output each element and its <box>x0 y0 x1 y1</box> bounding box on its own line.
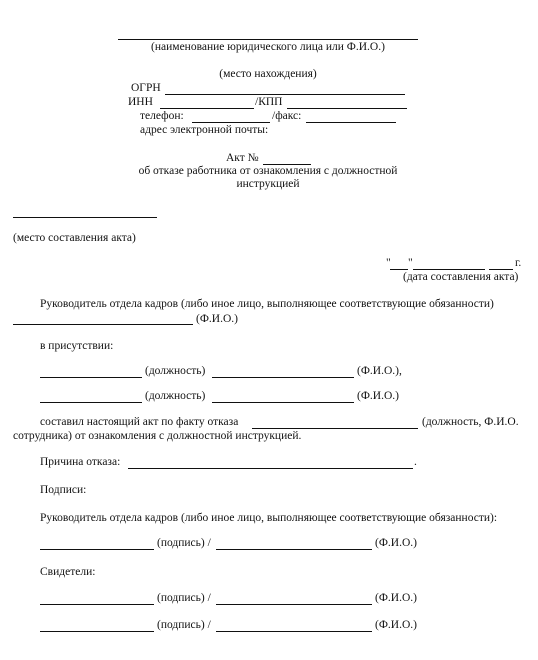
head-fio-caption: (Ф.И.О.) <box>196 313 238 326</box>
inn-field[interactable] <box>160 108 254 109</box>
org-caption: (наименование юридического лица или Ф.И.… <box>118 41 418 54</box>
ogrn-field[interactable] <box>165 94 405 95</box>
head-sign-fio-caption: (Ф.И.О.) <box>375 537 417 550</box>
reason-field[interactable] <box>128 468 413 469</box>
fax-label: /факс: <box>272 110 301 123</box>
compiled-line2: сотрудника) от ознакомления с должностно… <box>13 430 301 443</box>
fax-field[interactable] <box>306 122 396 123</box>
location-caption: (место нахождения) <box>118 68 418 81</box>
reason-label: Причина отказа: <box>40 456 120 469</box>
signatures-label: Подписи: <box>40 484 86 497</box>
compiled-text: составил настоящий акт по факту отказа <box>40 416 238 429</box>
witness1-position-caption: (должность) <box>145 365 205 378</box>
witness2-fio-caption: (Ф.И.О.) <box>357 390 399 403</box>
head-sign-text: Руководитель отдела кадров (либо иное ли… <box>40 512 497 525</box>
phone-label: телефон: <box>140 110 184 123</box>
org-name-line[interactable] <box>118 39 418 40</box>
date-month-field[interactable] <box>413 269 485 270</box>
date-day-field[interactable] <box>390 269 408 270</box>
act-number-label: Акт № <box>226 152 259 165</box>
date-year-field[interactable] <box>489 269 513 270</box>
place-caption: (место составления акта) <box>13 232 136 245</box>
witness1-position-field[interactable] <box>40 377 142 378</box>
witness1-sign-fio-caption: (Ф.И.О.) <box>375 592 417 605</box>
act-title-line2: инструкцией <box>118 178 418 191</box>
witness2-sign-fio-caption: (Ф.И.О.) <box>375 619 417 632</box>
witness2-signature-caption: (подпись) / <box>157 619 211 632</box>
witness2-fio-field[interactable] <box>212 402 354 403</box>
presence-label: в присутствии: <box>40 340 113 353</box>
witness2-sign-fio-field[interactable] <box>216 631 372 632</box>
date-year-suffix: г. <box>515 257 521 270</box>
email-label: адрес электронной почты: <box>140 124 268 137</box>
witness2-position-field[interactable] <box>40 402 142 403</box>
reason-end: . <box>414 456 417 469</box>
compiled-tail: (должность, Ф.И.О. <box>422 416 519 429</box>
head-signature-caption: (подпись) / <box>157 537 211 550</box>
witness1-signature-field[interactable] <box>40 604 154 605</box>
act-title-line1: об отказе работника от ознакомления с до… <box>118 165 418 178</box>
witness1-signature-caption: (подпись) / <box>157 592 211 605</box>
date-quote-close: " <box>408 257 413 270</box>
phone-field[interactable] <box>192 122 270 123</box>
witness1-fio-caption: (Ф.И.О.), <box>357 365 402 378</box>
place-field[interactable] <box>13 217 157 218</box>
employee-field[interactable] <box>252 428 418 429</box>
witness2-signature-field[interactable] <box>40 631 154 632</box>
head-signature-field[interactable] <box>40 549 154 550</box>
witness1-sign-fio-field[interactable] <box>216 604 372 605</box>
inn-label: ИНН <box>128 96 153 109</box>
ogrn-label: ОГРН <box>131 82 161 95</box>
kpp-label: /КПП <box>255 96 282 109</box>
witness1-fio-field[interactable] <box>212 377 354 378</box>
witness2-position-caption: (должность) <box>145 390 205 403</box>
head-fio-field[interactable] <box>13 324 193 325</box>
kpp-field[interactable] <box>287 108 407 109</box>
witnesses-label: Свидетели: <box>40 566 95 579</box>
head-text: Руководитель отдела кадров (либо иное ли… <box>40 298 494 311</box>
date-caption: (дата составления акта) <box>403 271 518 284</box>
head-sign-fio-field[interactable] <box>216 549 372 550</box>
